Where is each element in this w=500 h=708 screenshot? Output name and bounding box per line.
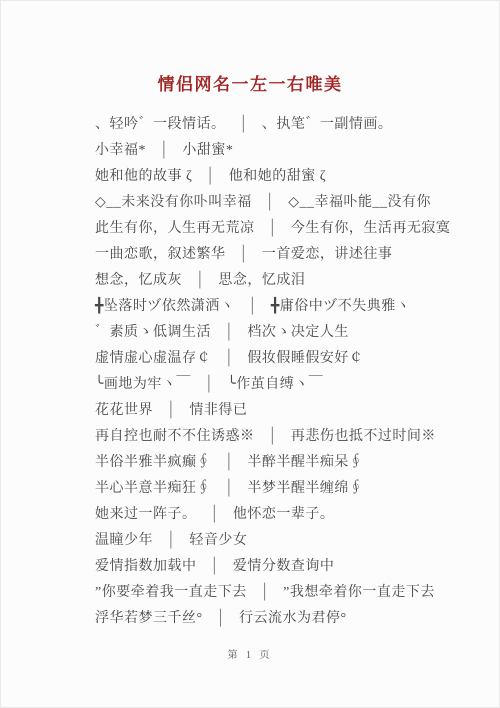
vertical-bar-separator: │ (224, 345, 234, 372)
vertical-bar-separator: │ (268, 215, 278, 242)
left-name-text: 浮华若梦三千丝° (95, 611, 203, 626)
right-name-text: 思念，忆成泪 (218, 273, 305, 288)
vertical-bar-separator: │ (224, 475, 234, 502)
right-name-text: 半醉半醒半痴呆∮ (247, 455, 363, 470)
couple-name-pair-row: 、轻吟゛一段情话。 │ 、执笔゛一副情画。 (95, 112, 500, 138)
right-name-text: ╰作茧自缚ヽ￣ (227, 377, 323, 392)
couple-name-pair-row: ◇__未来没有你卟叫幸福 │ ◇__幸福卟能__没有你 (95, 190, 500, 216)
couple-name-pair-row: 花花世界 │ 情非得已 (95, 398, 500, 424)
vertical-bar-separator: │ (239, 111, 249, 138)
couple-name-pair-row: 爱情指数加载中 │ 爱情分数查询中 (95, 554, 500, 580)
couple-name-pair-row: 此生有你，人生再无荒凉 │ 今生有你，生活再无寂寞 (95, 216, 500, 242)
right-name-text: 他和她的甜蜜 ζ (229, 169, 326, 184)
left-name-text: ╰画地为牢ヽ￣ (95, 377, 191, 392)
couple-name-pair-row: ”你要牵着我一直走下去 │ ”我想牵着你一直走下去 (95, 580, 500, 606)
right-name-text: 爱情分数查询中 (233, 559, 335, 574)
couple-name-pair-row: 想念，忆成灰 │ 思念，忆成泪 (95, 268, 500, 294)
vertical-bar-separator: │ (268, 423, 278, 450)
left-name-text: ゛素质ゝ低调生活 (95, 325, 211, 340)
vertical-bar-separator: │ (224, 449, 234, 476)
couple-name-pair-row: ゛素质ゝ低调生活 │ 档次ゝ决定人生 (95, 320, 500, 346)
vertical-bar-separator: │ (210, 501, 220, 528)
right-name-text: 档次ゝ决定人生 (247, 325, 349, 340)
vertical-bar-separator: │ (195, 267, 205, 294)
right-name-text: ”我想牵着你一直走下去 (283, 585, 435, 600)
vertical-bar-separator: │ (166, 397, 176, 424)
vertical-bar-separator: │ (224, 319, 234, 346)
right-name-text: 他怀恋一辈子。 (233, 507, 335, 522)
couple-name-pair-row: 虚情虚心虚温存￠ │ 假妆假睡假安好￠ (95, 346, 500, 372)
left-name-text: 她来过一阵子。 (95, 507, 197, 522)
vertical-bar-separator: │ (166, 527, 176, 554)
right-name-text: 半梦半醒半缠绵∮ (247, 481, 363, 496)
right-name-text: 、执笔゛一副情画。 (262, 117, 393, 132)
right-name-text: 情非得已 (189, 403, 247, 418)
name-list: 、轻吟゛一段情话。 │ 、执笔゛一副情画。 小幸福* │ 小甜蜜* 她和他的故事… (95, 112, 500, 632)
document-page: 情侣网名一左一右唯美 、轻吟゛一段情话。 │ 、执笔゛一副情画。 小幸福* │ … (0, 0, 500, 708)
vertical-bar-separator: │ (260, 579, 270, 606)
right-name-text: ◇__幸福卟能__没有你 (288, 195, 431, 210)
left-name-text: 半心半意半痴狂∮ (95, 481, 211, 496)
couple-name-pair-row: 半心半意半痴狂∮ │ 半梦半醒半缠绵∮ (95, 476, 500, 502)
couple-name-pair-row: 半俗半雅半疯癫∮ │ 半醉半醒半痴呆∮ (95, 450, 500, 476)
left-name-text: 一曲恋歌，叙述繁华 (95, 247, 226, 262)
right-name-text: 轻音少女 (189, 533, 247, 548)
vertical-bar-separator: │ (265, 189, 275, 216)
vertical-bar-separator: │ (247, 293, 257, 320)
left-name-text: 她和他的故事 ζ (95, 169, 192, 184)
couple-name-pair-row: 再自控也耐不不住诱惑※ │ 再悲伤也抵不过时间※ (95, 424, 500, 450)
couple-name-pair-row: 她来过一阵子。 │ 他怀恋一辈子。 (95, 502, 500, 528)
left-name-text: ╋坠落时ヅ依然潇洒ヽ (95, 299, 234, 314)
left-name-text: 虚情虚心虚温存￠ (95, 351, 211, 366)
right-name-text: 假妆假睡假安好￠ (247, 351, 363, 366)
right-name-text: 一首爱恋，讲述往事 (262, 247, 393, 262)
left-name-text: 花花世界 (95, 403, 153, 418)
couple-name-pair-row: ╋坠落时ヅ依然潇洒ヽ │ ╋庸俗中ヅ不失典雅ヽ (95, 294, 500, 320)
vertical-bar-separator: │ (216, 605, 226, 632)
right-name-text: 小甜蜜* (182, 143, 233, 158)
right-name-text: ╋庸俗中ヅ不失典雅ヽ (271, 299, 410, 314)
vertical-bar-separator: │ (239, 241, 249, 268)
left-name-text: ◇__未来没有你卟叫幸福 (95, 195, 252, 210)
left-name-text: 想念，忆成灰 (95, 273, 182, 288)
left-name-text: 再自控也耐不不住诱惑※ (95, 429, 255, 444)
page-number: 第 1 页 (0, 646, 500, 661)
vertical-bar-separator: │ (204, 371, 214, 398)
couple-name-pair-row: 温瞳少年 │ 轻音少女 (95, 528, 500, 554)
left-name-text: 、轻吟゛一段情话。 (95, 117, 226, 132)
couple-name-pair-row: 一曲恋歌，叙述繁华 │ 一首爱恋，讲述往事 (95, 242, 500, 268)
left-name-text: 爱情指数加载中 (95, 559, 197, 574)
right-name-text: 再悲伤也抵不过时间※ (291, 429, 436, 444)
right-name-text: 行云流水为君停° (239, 611, 347, 626)
couple-name-pair-row: 小幸福* │ 小甜蜜* (95, 138, 500, 164)
left-name-text: 半俗半雅半疯癫∮ (95, 455, 211, 470)
left-name-text: ”你要牵着我一直走下去 (95, 585, 247, 600)
couple-name-pair-row: 她和他的故事 ζ │ 他和她的甜蜜 ζ (95, 164, 500, 190)
page-title: 情侣网名一左一右唯美 (0, 0, 500, 95)
left-name-text: 小幸福* (95, 143, 146, 158)
couple-name-pair-row: ╰画地为牢ヽ￣ │ ╰作茧自缚ヽ￣ (95, 372, 500, 398)
vertical-bar-separator: │ (159, 137, 169, 164)
left-name-text: 温瞳少年 (95, 533, 153, 548)
right-name-text: 今生有你，生活再无寂寞 (291, 221, 451, 236)
couple-name-pair-row: 浮华若梦三千丝° │ 行云流水为君停° (95, 606, 500, 632)
left-name-text: 此生有你，人生再无荒凉 (95, 221, 255, 236)
vertical-bar-separator: │ (210, 553, 220, 580)
vertical-bar-separator: │ (205, 163, 215, 190)
